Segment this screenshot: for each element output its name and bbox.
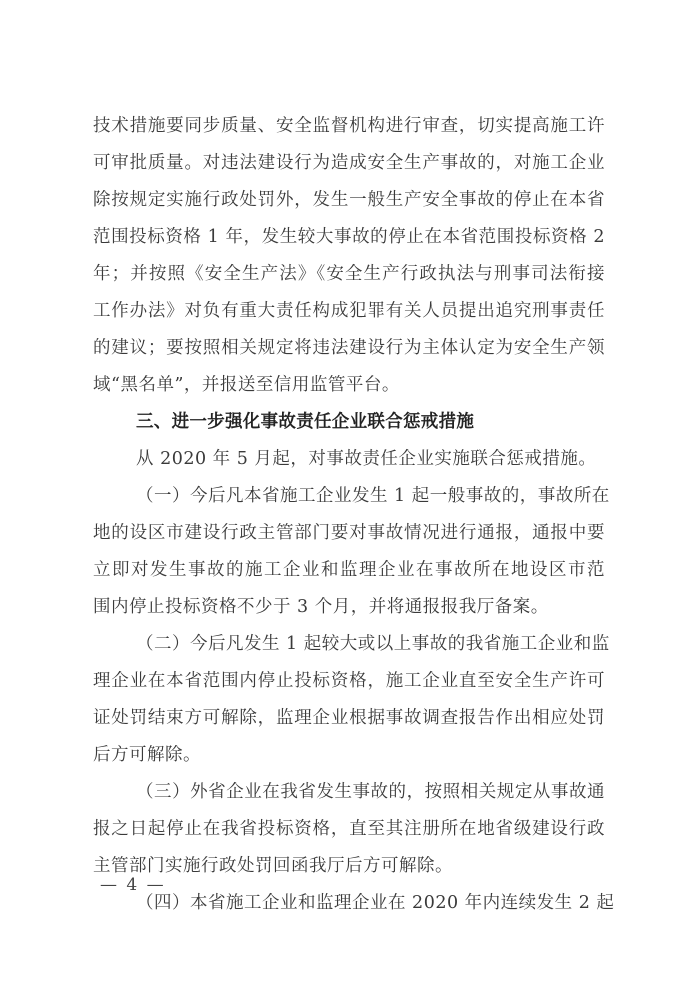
text-line: 年；并按照《安全生产法》《安全生产行政执法与刑事司法衔接: [93, 256, 605, 293]
text-line: 围内停止投标资格不少于 3 个月，并将通报报我厅备案。: [93, 589, 605, 626]
text-line: 从 2020 年 5 月起，对事故责任企业实施联合惩戒措施。: [93, 441, 605, 478]
text-line: 理企业在本省范围内停止投标资格，施工企业直至安全生产许可: [93, 663, 605, 700]
text-line: （四）本省施工企业和监理企业在 2020 年内连续发生 2 起: [93, 885, 605, 922]
text-line: 报之日起停止在我省投标资格，直至其注册所在地省级建设行政: [93, 811, 605, 848]
text-line: 除按规定实施行政处罚外，发生一般生产安全事故的停止在本省: [93, 182, 605, 219]
item-3-paragraph: （三）外省企业在我省发生事故的，按照相关规定从事故通 报之日起停止在我省投标资格…: [93, 774, 605, 885]
text-line: （一）今后凡本省施工企业发生 1 起一般事故的，事故所在: [93, 478, 605, 515]
document-body: 技术措施要同步质量、安全监督机构进行审查，切实提高施工许 可审批质量。对违法建设…: [93, 108, 605, 922]
item-2-paragraph: （二）今后凡发生 1 起较大或以上事故的我省施工企业和监 理企业在本省范围内停止…: [93, 626, 605, 774]
paragraph-continued: 技术措施要同步质量、安全监督机构进行审查，切实提高施工许 可审批质量。对违法建设…: [93, 108, 605, 404]
page-number: — 4 —: [100, 875, 166, 895]
section-heading: 三、进一步强化事故责任企业联合惩戒措施: [93, 404, 605, 441]
text-line: 域“黑名单”，并报送至信用监管平台。: [93, 367, 605, 404]
text-line: （二）今后凡发生 1 起较大或以上事故的我省施工企业和监: [93, 626, 605, 663]
item-4-paragraph: （四）本省施工企业和监理企业在 2020 年内连续发生 2 起: [93, 885, 605, 922]
text-line: 主管部门实施行政处罚回函我厅后方可解除。: [93, 848, 605, 885]
text-line: 技术措施要同步质量、安全监督机构进行审查，切实提高施工许: [93, 108, 605, 145]
text-line: 可审批质量。对违法建设行为造成安全生产事故的，对施工企业: [93, 145, 605, 182]
item-1-paragraph: （一）今后凡本省施工企业发生 1 起一般事故的，事故所在 地的设区市建设行政主管…: [93, 478, 605, 626]
text-line: 立即对发生事故的施工企业和监理企业在事故所在地设区市范: [93, 552, 605, 589]
text-line: 地的设区市建设行政主管部门要对事故情况进行通报，通报中要: [93, 515, 605, 552]
text-line: （三）外省企业在我省发生事故的，按照相关规定从事故通: [93, 774, 605, 811]
text-line: 后方可解除。: [93, 737, 605, 774]
text-line: 工作办法》对负有重大责任构成犯罪有关人员提出追究刑事责任: [93, 293, 605, 330]
text-line: 证处罚结束方可解除，监理企业根据事故调查报告作出相应处罚: [93, 700, 605, 737]
text-line: 范围投标资格 1 年，发生较大事故的停止在本省范围投标资格 2: [93, 219, 605, 256]
document-page: 技术措施要同步质量、安全监督机构进行审查，切实提高施工许 可审批质量。对违法建设…: [0, 0, 700, 989]
text-line: 的建议；要按照相关规定将违法建设行为主体认定为安全生产领: [93, 330, 605, 367]
intro-paragraph: 从 2020 年 5 月起，对事故责任企业实施联合惩戒措施。: [93, 441, 605, 478]
